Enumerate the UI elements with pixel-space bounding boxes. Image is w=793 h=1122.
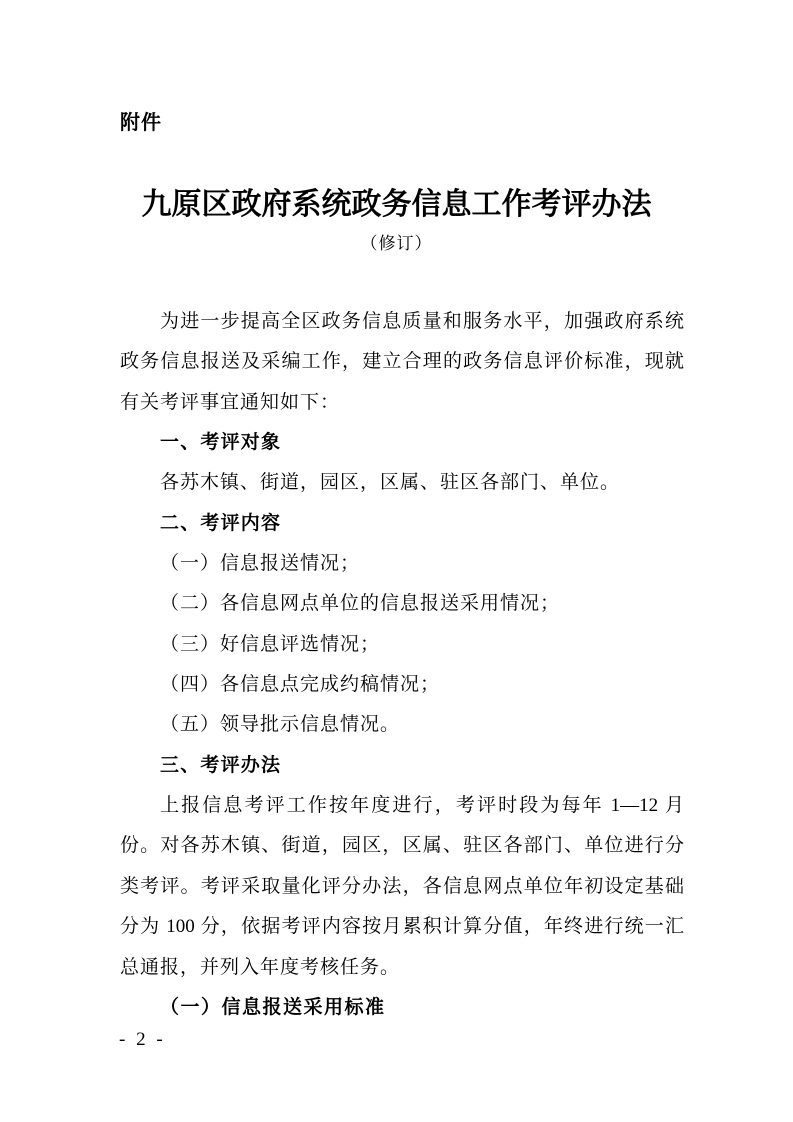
attachment-label: 附件 <box>120 106 162 135</box>
paragraph-line: 上报信息考评工作按年度进行，考评时段为每年 1—12 月 <box>120 786 684 826</box>
section-heading-1: 一、考评对象 <box>120 423 684 463</box>
list-item: （四）各信息点完成约稿情况； <box>120 665 684 705</box>
paragraph-line: 份。对各苏木镇、街道，园区，区属、驻区各部门、单位进行分 <box>120 826 684 866</box>
list-item: （二）各信息网点单位的信息报送采用情况； <box>120 584 684 624</box>
list-item: （一）信息报送情况； <box>120 544 684 584</box>
list-item: （五）领导批示信息情况。 <box>120 705 684 745</box>
sub-heading-kaiti: （一）信息报送采用标准 <box>120 988 684 1028</box>
section-heading-2: 二、考评内容 <box>120 504 684 544</box>
document-page: 附件 九原区政府系统政务信息工作考评办法 （修订） 为进一步提高全区政务信息质量… <box>0 0 793 1122</box>
document-title: 九原区政府系统政务信息工作考评办法 <box>0 179 793 223</box>
paragraph-line: 分为 100 分，依据考评内容按月累积计算分值，年终进行统一汇 <box>120 907 684 947</box>
paragraph-line: 各苏木镇、街道，园区，区属、驻区各部门、单位。 <box>120 463 684 503</box>
paragraph-line: 有关考评事宜通知如下： <box>120 383 684 423</box>
paragraph-line: 政务信息报送及采编工作，建立合理的政务信息评价标准，现就 <box>120 342 684 382</box>
document-body: 为进一步提高全区政务信息质量和服务水平，加强政府系统政务信息报送及采编工作，建立… <box>120 302 684 1028</box>
paragraph-line: 类考评。考评采取量化评分办法，各信息网点单位年初设定基础 <box>120 867 684 907</box>
page-number: - 2 - <box>119 1029 166 1051</box>
section-heading-3: 三、考评办法 <box>120 746 684 786</box>
paragraph-line: 为进一步提高全区政务信息质量和服务水平，加强政府系统 <box>120 302 684 342</box>
paragraph-line: 总通报，并列入年度考核任务。 <box>120 948 684 988</box>
list-item: （三）好信息评选情况； <box>120 625 684 665</box>
document-subtitle: （修订） <box>0 229 793 254</box>
